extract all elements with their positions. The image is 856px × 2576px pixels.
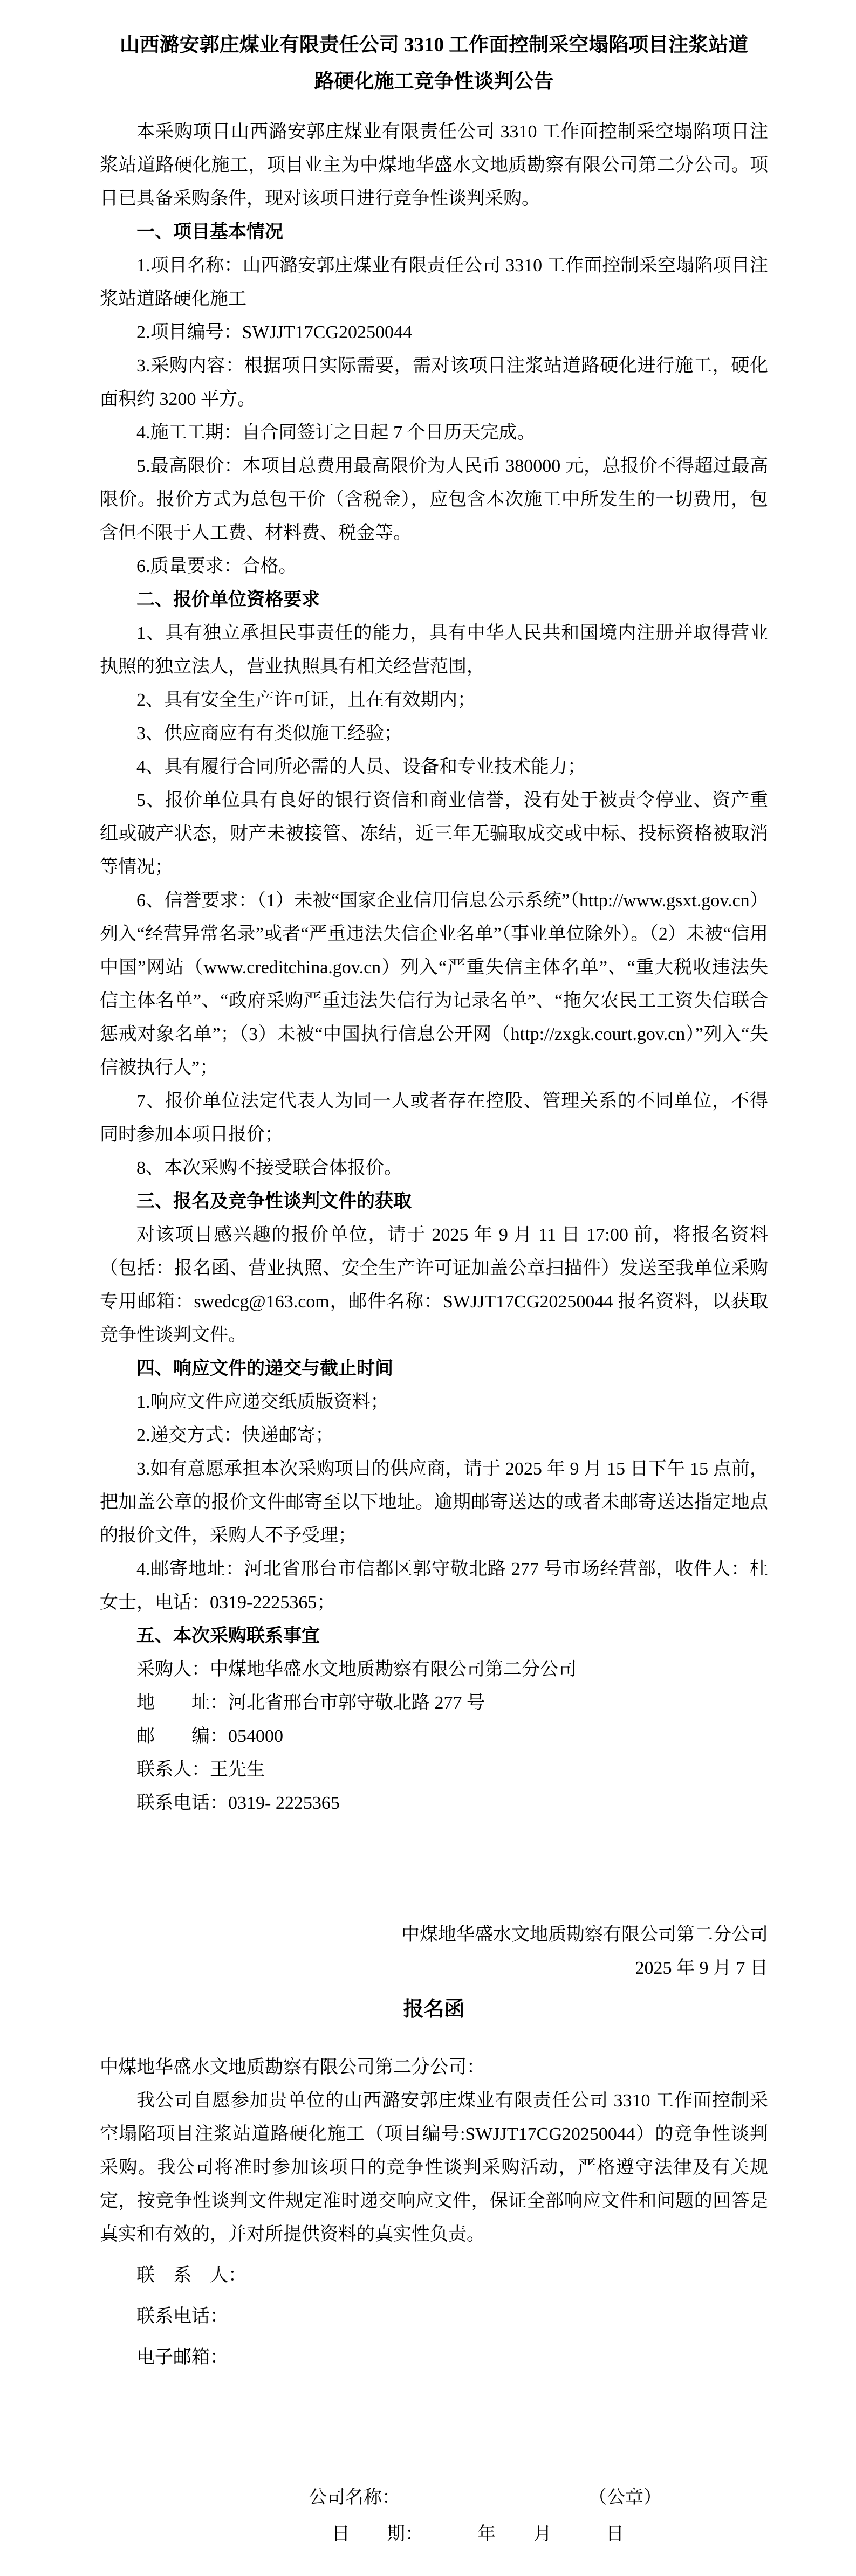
section4-item-1: 1.响应文件应递交纸质版资料； <box>100 1386 768 1419</box>
section1-item-1: 1.项目名称：山西潞安郭庄煤业有限责任公司 3310 工作面控制采空塌陷项目注浆… <box>100 249 768 316</box>
document-page: 山西潞安郭庄煤业有限责任公司 3310 工作面控制采空塌陷项目注浆站道 路硬化施… <box>0 0 856 2576</box>
form-contact-name-label: 联 系 人： <box>100 2259 768 2292</box>
signature-block: 中煤地华盛水文地质勘察有限公司第二分公司 2025 年 9 月 7 日 <box>100 1918 768 1985</box>
form-body: 我公司自愿参加贵单位的山西潞安郭庄煤业有限责任公司 3310 工作面控制采空塌陷… <box>100 2084 768 2251</box>
section3-body: 对该项目感兴趣的报价单位，请于 2025 年 9 月 11 日 17:00 前，… <box>100 1218 768 1352</box>
intro-paragraph: 本采购项目山西潞安郭庄煤业有限责任公司 3310 工作面控制采空塌陷项目注浆站道… <box>100 115 768 216</box>
section1-item-2: 2.项目编号：SWJJT17CG20250044 <box>100 316 768 349</box>
form-email-label: 电子邮箱： <box>100 2341 768 2374</box>
section3-heading: 三、报名及竞争性谈判文件的获取 <box>100 1185 768 1218</box>
section2-item-7: 7、报价单位法定代表人为同一人或者存在控股、管理关系的不同单位，不得同时参加本项… <box>100 1085 768 1152</box>
company-name-label: 公司名称： <box>309 2488 400 2508</box>
section2-item-3: 3、供应商应有有类似施工经验； <box>100 717 768 750</box>
section1-item-6: 6.质量要求：合格。 <box>100 550 768 583</box>
purchaser-line: 采购人：中煤地华盛水文地质勘察有限公司第二分公司 <box>100 1653 768 1686</box>
address-line: 地 址：河北省邢台市郭守敬北路 277 号 <box>100 1686 768 1720</box>
form-title: 报名函 <box>100 1990 768 2028</box>
section2-item-2: 2、具有安全生产许可证，且在有效期内； <box>100 684 768 717</box>
section1-item-5: 5.最高限价：本项目总费用最高限价为人民币 380000 元，总报价不得超过最高… <box>100 450 768 550</box>
date-label: 日 期： <box>332 2524 423 2544</box>
company-seal-line: 公司名称：（公章） <box>100 2481 768 2515</box>
document-title-line-1: 山西潞安郭庄煤业有限责任公司 3310 工作面控制采空塌陷项目注浆站道 <box>100 27 768 64</box>
form-date-line: 日 期：年月日 <box>100 2518 768 2551</box>
postcode-line: 邮 编：054000 <box>100 1720 768 1753</box>
date-month-label: 月 <box>533 2524 552 2544</box>
section4-item-2: 2.递交方式：快递邮寄； <box>100 1419 768 1452</box>
section1-item-3: 3.采购内容：根据项目实际需要，需对该项目注浆站道路硬化进行施工，硬化面积约 3… <box>100 349 768 416</box>
section4-item-3: 3.如有意愿承担本次采购项目的供应商，请于 2025 年 9 月 15 日下午 … <box>100 1452 768 1553</box>
section2-item-4: 4、具有履行合同所必需的人员、设备和专业技术能力； <box>100 750 768 784</box>
section2-heading: 二、报价单位资格要求 <box>100 583 768 617</box>
section2-item-6: 6、信誉要求：（1）未被“国家企业信用信息公示系统”（http://www.gs… <box>100 884 768 1085</box>
section1-heading: 一、项目基本情况 <box>100 216 768 249</box>
date-day-label: 日 <box>606 2524 624 2544</box>
section2-item-5: 5、报价单位具有良好的银行资信和商业信誉，没有处于被责令停业、资产重组或破产状态… <box>100 784 768 884</box>
contact-person-line: 联系人：王先生 <box>100 1753 768 1787</box>
date-year-label: 年 <box>477 2524 496 2544</box>
signature-company: 中煤地华盛水文地质勘察有限公司第二分公司 <box>100 1918 768 1952</box>
section2-item-1: 1、具有独立承担民事责任的能力，具有中华人民共和国境内注册并取得营业执照的独立法… <box>100 617 768 684</box>
seal-label: （公章） <box>598 2488 662 2508</box>
form-salutation: 中煤地华盛水文地质勘察有限公司第二分公司： <box>100 2051 768 2084</box>
contact-phone-line: 联系电话：0319- 2225365 <box>100 1787 768 1820</box>
document-title-line-2: 路硬化施工竞争性谈判公告 <box>100 64 768 100</box>
document-title: 山西潞安郭庄煤业有限责任公司 3310 工作面控制采空塌陷项目注浆站道 路硬化施… <box>100 27 768 100</box>
signature-date: 2025 年 9 月 7 日 <box>100 1952 768 1985</box>
section2-item-8: 8、本次采购不接受联合体报价。 <box>100 1152 768 1185</box>
section5-heading: 五、本次采购联系事宜 <box>100 1620 768 1653</box>
section4-heading: 四、响应文件的递交与截止时间 <box>100 1352 768 1386</box>
form-contact-phone-label: 联系电话： <box>100 2300 768 2333</box>
section4-item-4: 4.邮寄地址：河北省邢台市信都区郭守敬北路 277 号市场经营部，收件人：杜女士… <box>100 1553 768 1620</box>
section1-item-4: 4.施工工期：自合同签订之日起 7 个日历天完成。 <box>100 416 768 450</box>
